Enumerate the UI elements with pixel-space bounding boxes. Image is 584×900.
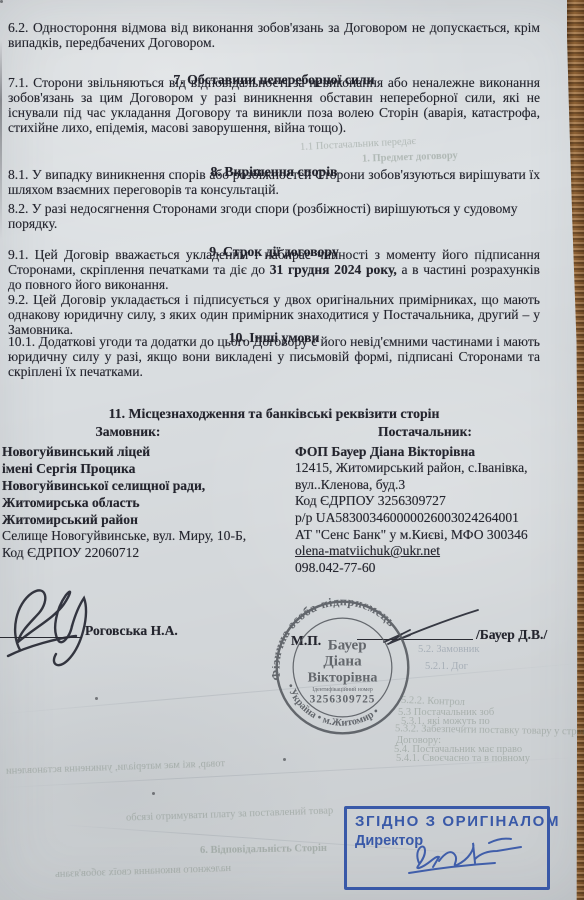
bleedthrough-text: обсязі отримувати плату за поставлений т… [126, 805, 333, 823]
section-11-heading: 11. Місцезнаходження та банківські рекві… [8, 406, 540, 421]
customer-line: Житомирський район [2, 512, 254, 529]
customer-line: Житомирська область [2, 495, 254, 512]
paper-speck [0, 0, 3, 3]
supplier-title: Постачальник: [295, 424, 555, 441]
supplier-line: р/р UA583003460000026003024264001 [295, 510, 555, 527]
paper-speck [95, 697, 98, 700]
supplier-line: АТ "Сенс Банк" у м.Києві, МФО 300346 [295, 527, 555, 544]
stamp-name-line3: Вікторівна [308, 670, 378, 686]
page-edge-shadow [0, 40, 2, 240]
customer-requisites: Замовник: Новогуйвинський ліцей імені Се… [2, 424, 254, 562]
customer-line: Селище Новогуйвинське, вул. Миру, 10-Б, [2, 528, 254, 545]
clause-8-1: 8.1. У випадку виникнення спорів або роз… [8, 167, 540, 198]
supplier-line: вул..Кленова, буд.3 [295, 477, 555, 494]
clause-10-1: 10.1. Додаткові угоди та додатки до цьог… [8, 334, 540, 380]
stamp-id-number: 3256309725 [310, 693, 376, 705]
stamp-name-line2: Діана [323, 654, 362, 670]
bleedthrough-text: 5.2.1. Дог [425, 661, 468, 672]
supplier-requisites: Постачальник: ФОП Бауер Діана Вікторівна… [295, 424, 555, 576]
stamp-certified-text: ЗГІДНО З ОРИГІНАЛОМ [355, 813, 541, 830]
clause-7-1: 7.1. Сторони звільняються від відповідал… [8, 75, 540, 136]
scanned-contract-page: 1.1 Постачальник передає 1. Предмет дого… [0, 0, 584, 900]
certification-stamp: ЗГІДНО З ОРИГІНАЛОМ Директор [344, 806, 550, 890]
supplier-name: ФОП Бауер Діана Вікторівна [295, 444, 555, 461]
bleedthrough-text: 1. Предмет договору [362, 150, 458, 164]
customer-signature-line [0, 637, 82, 638]
supplier-line: 12415, Житомирський район, с.Іванівка, [295, 460, 555, 477]
customer-line: Новогуйвинський ліцей [2, 444, 254, 461]
director-signature [405, 835, 530, 879]
customer-signer-name: Роговська Н.А. [85, 623, 178, 639]
bleedthrough-text-mirrored: товар, які має матеріали, уникнення вста… [6, 758, 225, 777]
stamp-id-label: Ідентифікаційний номер [312, 686, 373, 693]
bleedthrough-text: 5.4.1. Своєчасно та в повному [396, 753, 530, 764]
customer-title: Замовник: [2, 424, 254, 441]
contract-end-date: 31 грудня 2024 року, [270, 262, 397, 277]
round-stamp: Фізична особа-підприємець • Україна • м.… [272, 597, 413, 738]
customer-line: Код ЄДРПОУ 22060712 [2, 545, 254, 562]
clause-6-2: 6.2. Одностороння відмова від виконання … [8, 20, 540, 51]
paper-speck [283, 758, 286, 761]
table-edge [567, 0, 584, 900]
supplier-phone: 098.042-77-60 [295, 560, 555, 577]
bleedthrough-text-mirrored: належного виконання своїх зобов'язань [55, 863, 231, 880]
bleedthrough-text: 1.1 Постачальник передає [300, 136, 416, 153]
bleedthrough-text: 6. Відповідальність Сторін [200, 843, 327, 856]
supplier-line: Код ЄДРПОУ 3256309727 [295, 493, 555, 510]
paper-speck [152, 792, 155, 795]
supplier-signer-name: /Бауер Д.В./ [476, 627, 547, 643]
stamp-name-line1: Бауер [328, 638, 367, 654]
customer-line: Новогуйвинської селищної ради, [2, 478, 254, 495]
customer-line: імені Сергія Процика [2, 461, 254, 478]
clause-8-2: 8.2. У разі недосягнення Сторонами згоди… [8, 201, 540, 232]
clause-9-1: 9.1. Цей Договір вважається укладеним і … [8, 247, 540, 293]
supplier-email: olena-matviichuk@ukr.net [295, 543, 555, 560]
